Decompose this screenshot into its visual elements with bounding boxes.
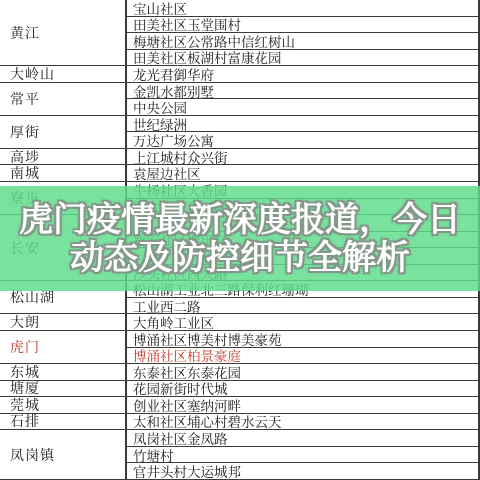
location-cell: 龙光君御华府 [127,66,478,83]
location-cell: 竹塘村 [127,447,478,464]
town-cell: 南城 [0,165,127,182]
location-rows: 创业社区塞纳河畔 [127,397,478,414]
location-cell: 东泰社区东泰花园 [127,364,478,381]
town-cell: 凤岗镇 [0,430,127,480]
location-cell: 万达广场公寓 [127,132,478,149]
location-cell: 凤岗社区金凤路 [127,430,478,447]
headline-line-1: 虎门疫情最新深度报道，今日 [19,201,461,239]
location-rows: 龙光君御华府 [127,66,478,83]
location-rows: 世纪绿洲万达广场公寓 [127,116,478,149]
location-cell: 宝山社区 [127,0,478,17]
town-cell: 石排 [0,414,127,431]
location-rows: 上江城村众兴街 [127,149,478,166]
location-cell: 田美社区板湖村富康花园 [127,50,478,67]
location-rows: 博涌社区博美村博美豪苑博涌社区柏景豪庭 [127,331,478,364]
location-cell: 田美社区玉堂围村 [127,17,478,34]
location-cell: 金凯水都别墅 [127,83,478,100]
town-group: 石排太和社区埔心村碧水云天 [0,414,478,431]
location-rows: 金凯水都别墅中央公园 [127,83,478,116]
location-cell: 创业社区塞纳河畔 [127,397,478,414]
town-group: 凤岗镇凤岗社区金凤路竹塘村官井头村大运城邦 [0,430,478,480]
headline-line-2: 动态及防控细节全解析 [70,239,410,277]
location-cell: 工业西二路 [127,298,478,315]
location-rows: 大角岭工业区 [127,314,478,331]
location-rows: 东泰社区东泰花园 [127,364,478,381]
town-cell: 厚街 [0,116,127,149]
town-group: 厚街世纪绿洲万达广场公寓 [0,116,478,149]
town-group: 黄江宝山社区田美社区玉堂围村梅塘社区公常路中信红树山田美社区板湖村富康花园 [0,0,478,66]
town-group: 塘厦花园新街时代城 [0,381,478,398]
location-cell: 花园新街时代城 [127,381,478,398]
location-cell: 博涌社区博美村博美豪苑 [127,331,478,348]
town-group: 大朗大角岭工业区 [0,314,478,331]
location-cell: 大角岭工业区 [127,314,478,331]
town-group: 东城东泰社区东泰花园 [0,364,478,381]
town-cell: 虎门 [0,331,127,364]
town-group: 高埗上江城村众兴街 [0,149,478,166]
location-cell: 太和社区埔心村碧水云天 [127,414,478,431]
town-cell: 黄江 [0,0,127,66]
town-group: 常平金凯水都别墅中央公园 [0,83,478,116]
location-cell: 博涌社区柏景豪庭 [127,348,478,365]
town-group: 虎门博涌社区博美村博美豪苑博涌社区柏景豪庭 [0,331,478,364]
location-cell: 袁屋边社区 [127,165,478,182]
location-rows: 宝山社区田美社区玉堂围村梅塘社区公常路中信红树山田美社区板湖村富康花园 [127,0,478,66]
location-cell: 梅塘社区公常路中信红树山 [127,33,478,50]
town-cell: 大朗 [0,314,127,331]
location-rows: 袁屋边社区 [127,165,478,182]
location-cell: 中央公园 [127,99,478,116]
location-rows: 太和社区埔心村碧水云天 [127,414,478,431]
town-cell: 常平 [0,83,127,116]
town-group: 莞城创业社区塞纳河畔 [0,397,478,414]
location-cell: 官井头村大运城邦 [127,463,478,480]
location-cell: 上江城村众兴街 [127,149,478,166]
town-group: 大岭山龙光君御华府 [0,66,478,83]
location-rows: 花园新街时代城 [127,381,478,398]
headline-overlay: 虎门疫情最新深度报道，今日 动态及防控细节全解析 [0,186,480,291]
town-group: 南城袁屋边社区 [0,165,478,182]
location-cell: 世纪绿洲 [127,116,478,133]
town-cell: 大岭山 [0,66,127,83]
location-rows: 凤岗社区金凤路竹塘村官井头村大运城邦 [127,430,478,480]
